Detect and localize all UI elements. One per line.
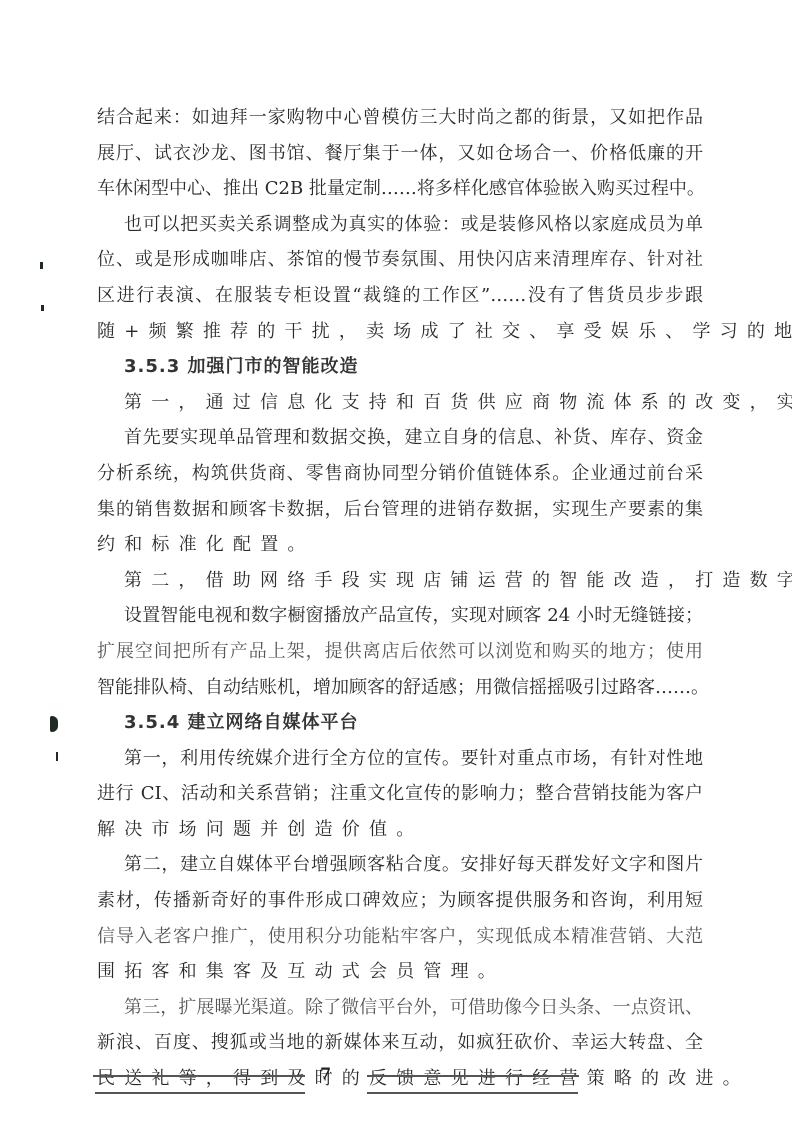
text-line: 智能排队椅、自动结账机，增加顾客的舒适感；用微信摇摇吸引过路客……。 [97, 670, 703, 706]
scan-mark-3 [50, 716, 58, 732]
text-line: 结合起来：如迪拜一家购物中心曾模仿三大时尚之都的街景，又如把作品 [97, 100, 703, 136]
text-line: 分析系统，构筑供货商、零售商协同型分销价值链体系。企业通过前台采 [97, 456, 703, 492]
scan-mark-2 [41, 305, 44, 311]
section-heading-3-5-4: 3.5.4 建立网络自媒体平台 [97, 705, 703, 741]
text-line: 区进行表演、在服装专柜设置“裁缝的工作区”……没有了售货员步步跟 [97, 278, 703, 314]
text-line: 素材，传播新奇好的事件形成口碑效应；为顾客提供服务和咨询，利用短 [97, 883, 703, 919]
footer-rule-right-lower [367, 1092, 578, 1094]
text-line: 第二，建立自媒体平台增强顾客粘合度。安排好每天群发好文字和图片 [97, 847, 703, 883]
footer-rule-left-lower [95, 1092, 305, 1094]
footer-rule-right-upper [367, 1075, 579, 1077]
text-line: 展厅、试衣沙龙、图书馆、餐厅集于一体，又如仓场合一、价格低廉的开 [97, 136, 703, 172]
text-line: 车休闲型中心、推出 C2B 批量定制……将多样化感官体验嵌入购买过程中。 [97, 171, 703, 207]
text-line: 第三，扩展曝光渠道。除了微信平台外，可借助像今日头条、一点资讯、 [97, 990, 703, 1026]
text-line: 新浪、百度、搜狐或当地的新媒体来互动，如疯狂砍价、幸运大转盘、全 [97, 1025, 703, 1061]
text-line: 围拓客和集客及互动式会员管理。 [97, 954, 703, 990]
document-body: 结合起来：如迪拜一家购物中心曾模仿三大时尚之都的街景，又如把作品 展厅、试衣沙龙… [97, 100, 703, 1097]
text-line: 第一，通过信息化支持和百货供应商物流体系的改变，实现连锁经营 [97, 385, 703, 421]
text-line: 随+频繁推荐的干扰，卖场成了社交、享受娱乐、学习的地方。 [97, 314, 703, 350]
text-line: 位、或是形成咖啡店、茶馆的慢节奏氛围、用快闪店来清理库存、针对社 [97, 242, 703, 278]
section-heading-3-5-3: 3.5.3 加强门市的智能改造 [97, 349, 703, 385]
text-line: 第二，借助网络手段实现店铺运营的智能改造，打造数字店铺 [97, 563, 703, 599]
text-line: 约和标准化配置。 [97, 527, 703, 563]
scan-mark-4 [56, 752, 58, 761]
text-line: 扩展空间把所有产品上架，提供离店后依然可以浏览和购买的地方；使用 [97, 634, 703, 670]
footer-rule-left-upper [93, 1075, 305, 1077]
text-line: 设置智能电视和数字橱窗播放产品宣传，实现对顾客 24 小时无缝链接； [97, 598, 703, 634]
text-line: 集的销售数据和顾客卡数据，后台管理的进销存数据，实现生产要素的集 [97, 492, 703, 528]
text-line: 也可以把买卖关系调整成为真实的体验：或是装修风格以家庭成员为单 [97, 207, 703, 243]
text-line: 信导入老客户推广，使用积分功能粘牢客户，实现低成本精准营销、大范 [97, 919, 703, 955]
text-line: 首先要实现单品管理和数据交换，建立自身的信息、补货、库存、资金 [97, 420, 703, 456]
page-number: 7 [320, 1064, 331, 1083]
scan-mark-1 [40, 262, 43, 269]
text-line: 进行 CI、活动和关系营销；注重文化宣传的影响力；整合营销技能为客户 [97, 776, 703, 812]
text-line: 解决市场问题并创造价值。 [97, 812, 703, 848]
document-page: 结合起来：如迪拜一家购物中心曾模仿三大时尚之都的街景，又如把作品 展厅、试衣沙龙… [0, 0, 792, 1134]
text-line: 第一，利用传统媒介进行全方位的宣传。要针对重点市场，有针对性地 [97, 741, 703, 777]
